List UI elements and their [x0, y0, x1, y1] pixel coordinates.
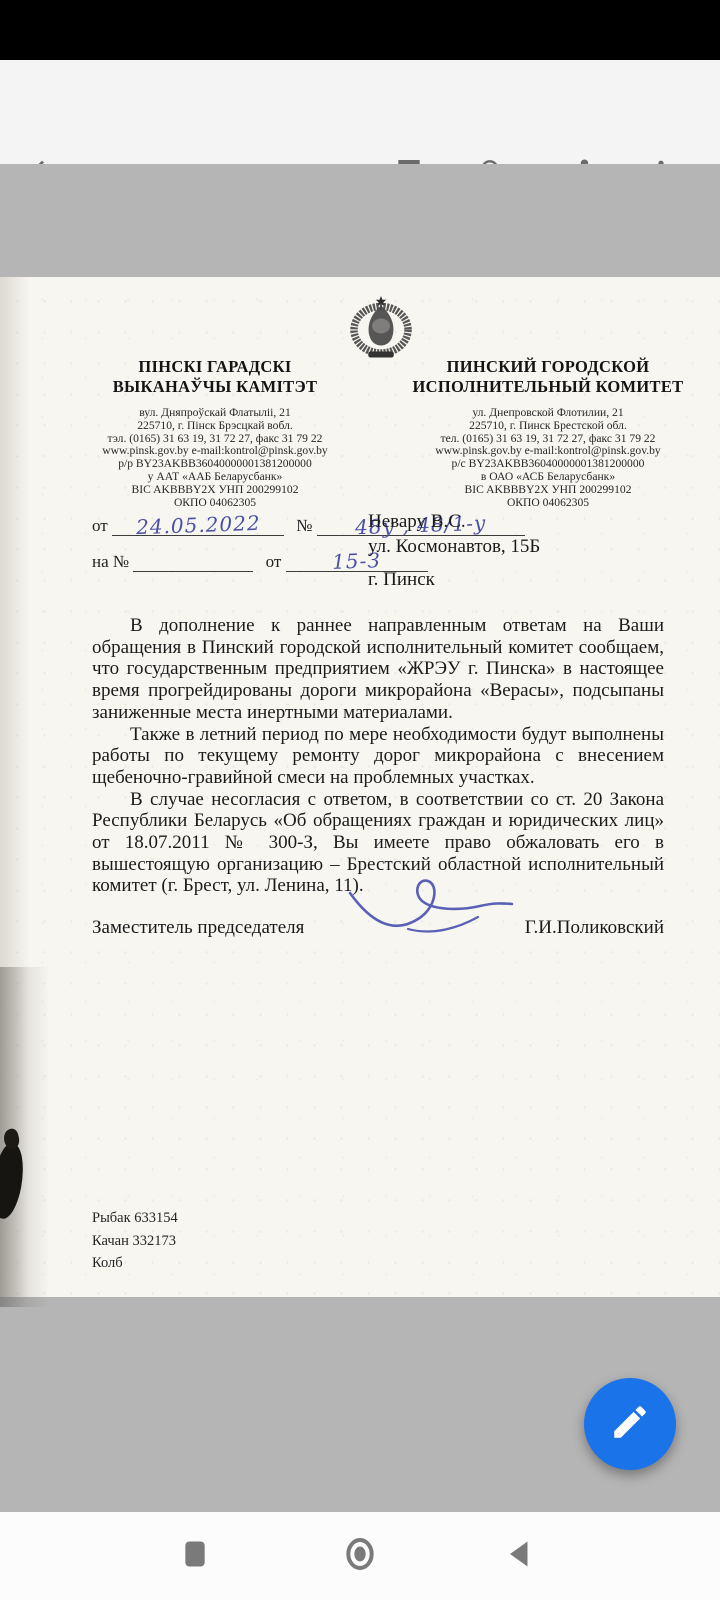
recents-square-icon [175, 1534, 215, 1579]
paragraph-2: Также в летний период по мере необходимо… [92, 724, 664, 789]
letterhead-title-by-line1: ПІНСКІ ГАРАДСКІ [60, 357, 370, 377]
document-viewer-scroll-area[interactable]: ПІНСКІ ГАРАДСКІ ВЫКАНАЎЧЫ КАМІТЭТ вул. Д… [0, 164, 720, 1512]
belarus-coat-of-arms-emblem [342, 296, 420, 362]
home-circle-icon [340, 1534, 380, 1579]
letter-body: В дополнение к раннее направленным ответ… [92, 615, 664, 897]
back-triangle-icon [500, 1534, 540, 1579]
letterhead-russian: ПИНСКИЙ ГОРОДСКОЙ ИСПОЛНИТЕЛЬНЫЙ КОМИТЕТ… [398, 357, 698, 509]
addressee-name: Невару В.С. [368, 509, 540, 534]
reply-number-field [133, 547, 253, 572]
home-button[interactable] [338, 1534, 382, 1578]
scanned-letter-page: ПІНСКІ ГАРАДСКІ ВЫКАНАЎЧЫ КАМІТЭТ вул. Д… [0, 277, 720, 1297]
contact-line: Колб [92, 1252, 178, 1275]
handwritten-date: 24.05.2022 [135, 511, 260, 539]
paragraph-1: В дополнение к раннее направленным ответ… [92, 615, 664, 724]
addressee-city: г. Пинск [368, 569, 435, 591]
pencil-edit-icon [609, 1401, 651, 1448]
back-nav-button[interactable] [498, 1534, 542, 1578]
contact-line: Рыбак 633154 [92, 1207, 178, 1230]
edit-fab-button[interactable] [584, 1378, 676, 1470]
letterhead-title-ru-line1: ПИНСКИЙ ГОРОДСКОЙ [398, 357, 698, 377]
executor-contacts: Рыбак 633154 Качан 332173 Колб [92, 1207, 178, 1275]
letterhead-address-ru: ул. Днепровской Флотилии, 21 225710, г. … [398, 407, 698, 509]
letterhead-address-by: вул. Дняпроўскай Флатыліі, 21 225710, г.… [60, 407, 370, 509]
addressee-block: Невару В.С. ул. Космонавтов, 15Б [368, 509, 540, 559]
addressee-street: ул. Космонавтов, 15Б [368, 534, 540, 559]
reply-from-label: от [266, 552, 282, 572]
signer-position: Заместитель председателя [92, 917, 304, 939]
recents-button[interactable] [173, 1534, 217, 1578]
number-label: № [296, 516, 312, 536]
letterhead-title-by-line2: ВЫКАНАЎЧЫ КАМІТЭТ [60, 377, 370, 397]
letterhead-belarusian: ПІНСКІ ГАРАДСКІ ВЫКАНАЎЧЫ КАМІТЭТ вул. Д… [60, 357, 370, 509]
contact-line: Качан 332173 [92, 1230, 178, 1253]
handwritten-signature [338, 873, 543, 948]
outgoing-date-field: 24.05.2022 [112, 511, 284, 536]
status-bar [0, 0, 720, 60]
android-nav-bar [0, 1512, 720, 1600]
reply-label: на № [92, 552, 129, 572]
from-label: от [92, 516, 108, 536]
app-bar [0, 60, 720, 164]
signer-name: Г.И.Поликовский [525, 917, 664, 939]
letterhead-title-ru-line2: ИСПОЛНИТЕЛЬНЫЙ КОМИТЕТ [398, 377, 698, 397]
phone-screen: ПІНСКІ ГАРАДСКІ ВЫКАНАЎЧЫ КАМІТЭТ вул. Д… [0, 0, 720, 1600]
